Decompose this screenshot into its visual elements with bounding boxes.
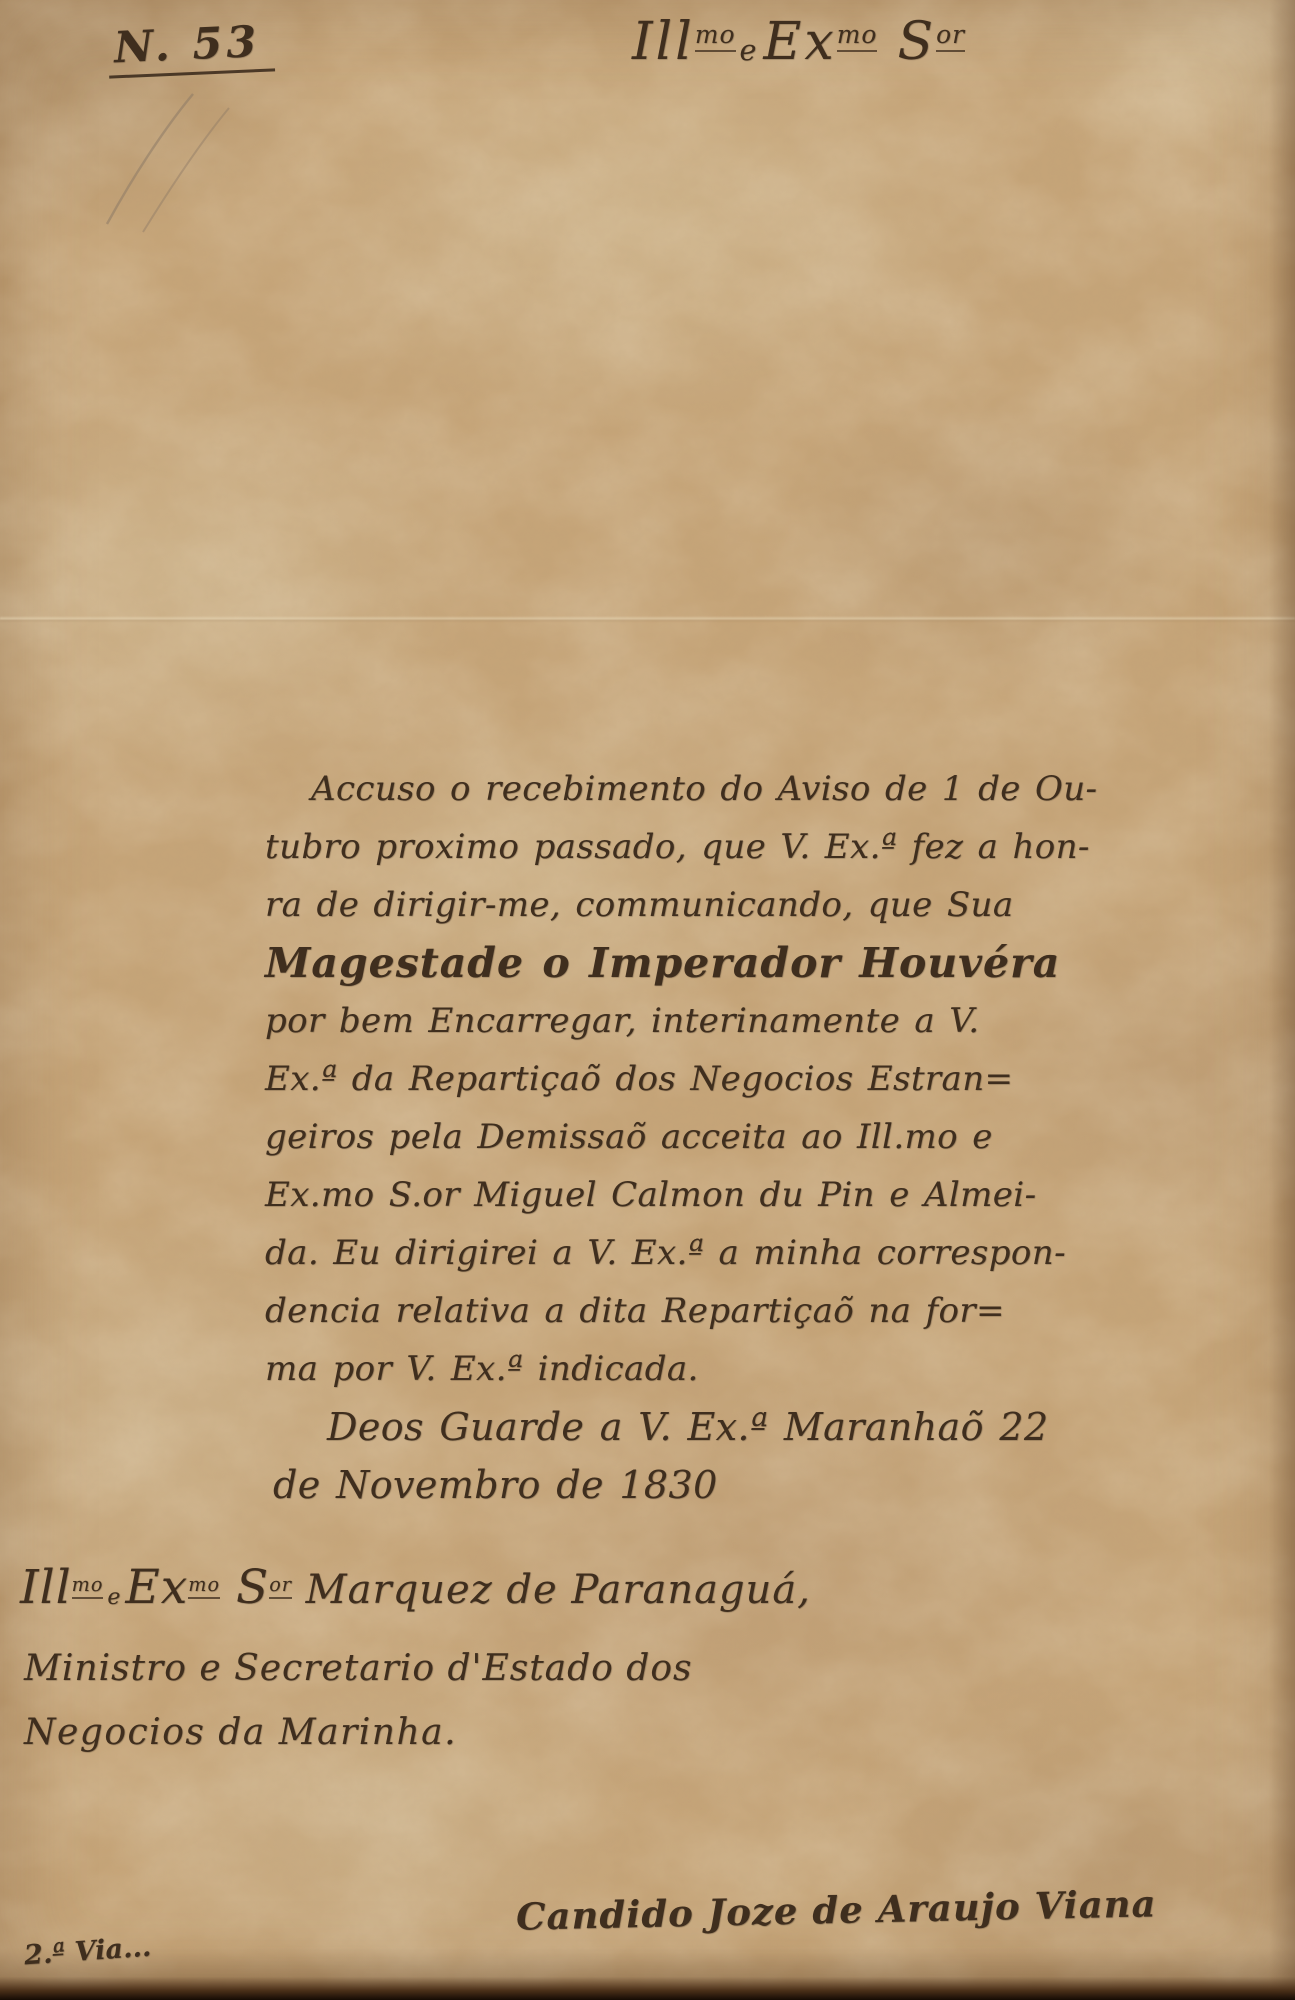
letter-body: Accuso o recebimento do Aviso de 1 de Ou…	[265, 760, 1065, 1514]
addressee-name: Marquez de Paranaguá,	[306, 1567, 811, 1613]
addressee-line-3: Negocios da Marinha.	[24, 1712, 457, 1753]
salutation-illmo-superscript: mo	[695, 20, 736, 52]
salutation-space	[877, 33, 897, 67]
salutation-conjunction: e	[736, 33, 764, 67]
document-number: N. 53	[107, 16, 276, 78]
addressee-line-2: Ministro e Secretario d'Estado dos	[24, 1648, 692, 1689]
body-line: tubro proximo passado, que V. Ex.ª fez a…	[265, 818, 1065, 876]
body-line: Magestade o Imperador Houvéra	[265, 934, 1065, 992]
body-line: Ex.mo S.or Miguel Calmon du Pin e Almei-	[265, 1166, 1065, 1224]
manuscript-page: N. 53 IllmoeExmo Sor Accuso o recebiment…	[0, 0, 1295, 2000]
addressee-illmo-superscript: mo	[72, 1573, 104, 1599]
body-line: geiros pela Demissaõ acceita ao Ill.mo e	[265, 1108, 1065, 1166]
body-line: por bem Encarregar, interinamente a V.	[265, 992, 1065, 1050]
salutation-senhor: S	[898, 12, 937, 72]
salutation-exmo: Ex	[763, 12, 836, 72]
page-edge-bottom	[0, 1948, 1295, 2000]
salutation-header: IllmoeExmo Sor	[632, 12, 965, 72]
fold-crease	[0, 616, 1295, 622]
pencil-mark	[85, 82, 275, 242]
addressee-exmo: Ex	[125, 1560, 188, 1615]
body-line: ra de dirigir-me, communicando, que Sua	[265, 876, 1065, 934]
addressee-line-1: IllmoeExmo Sor Marquez de Paranaguá,	[20, 1560, 811, 1615]
addressee-senhor-superscript: or	[269, 1573, 292, 1599]
salutation-senhor-superscript: or	[936, 20, 965, 52]
signature: Candido Joze de Araujo Viana	[516, 1881, 1157, 1938]
addressee-space	[220, 1585, 236, 1610]
body-line: dencia relativa a dita Repartiçaõ na for…	[265, 1282, 1065, 1340]
page-edge-right	[1269, 0, 1295, 2000]
addressee-senhor: S	[236, 1560, 269, 1615]
addressee-exmo-superscript: mo	[188, 1573, 220, 1599]
addressee-conjunction: e	[103, 1585, 125, 1610]
body-line: ma por V. Ex.ª indicada.	[265, 1340, 1065, 1398]
salutation-exmo-superscript: mo	[837, 20, 878, 52]
body-line: da. Eu dirigirei a V. Ex.ª a minha corre…	[265, 1224, 1065, 1282]
body-line: Accuso o recebimento do Aviso de 1 de Ou…	[265, 760, 1065, 818]
body-line: Ex.ª da Repartiçaõ dos Negocios Estran=	[265, 1050, 1065, 1108]
closing-line: Deos Guarde a V. Ex.ª Maranhaõ 22	[265, 1398, 1065, 1456]
salutation-illmo: Ill	[632, 12, 695, 72]
closing-line: de Novembro de 1830	[265, 1456, 1065, 1514]
addressee-illmo: Ill	[20, 1560, 72, 1615]
